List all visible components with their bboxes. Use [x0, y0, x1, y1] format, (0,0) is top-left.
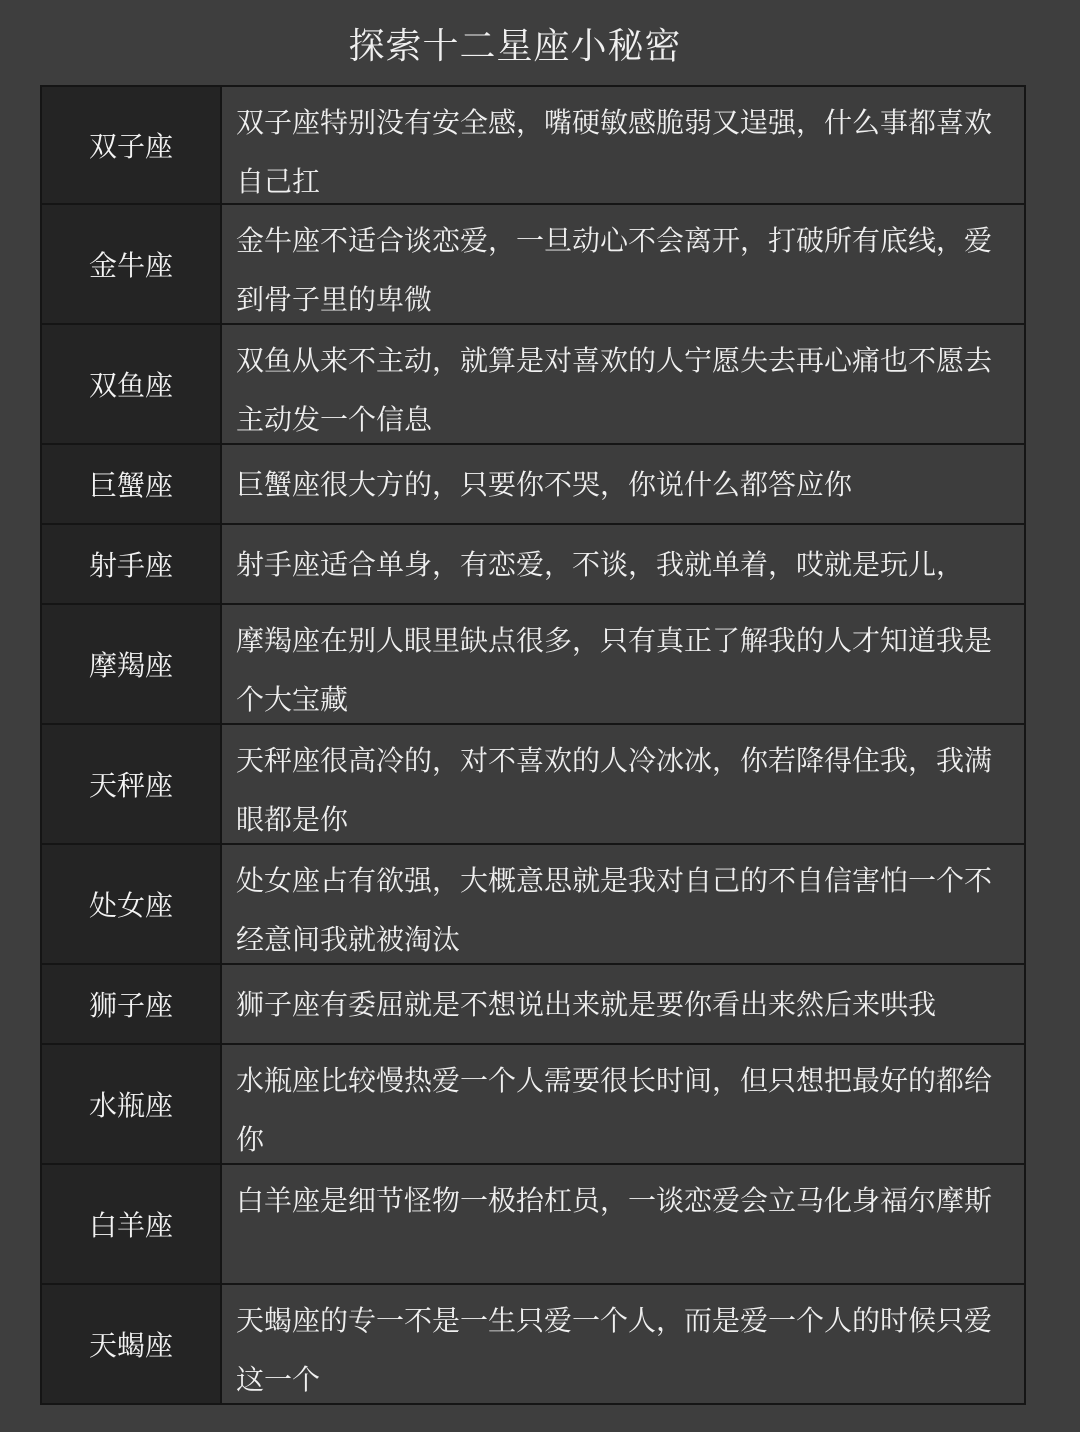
sign-name: 白羊座 — [42, 1165, 222, 1283]
sign-name: 双子座 — [42, 87, 222, 203]
sign-name: 摩羯座 — [42, 605, 222, 723]
table-row: 处女座处女座占有欲强，大概意思就是我对自己的不自信害怕一个不经意间我就被淘汰 — [42, 845, 1024, 965]
sign-description: 天蝎座的专一不是一生只爱一个人，而是爱一个人的时候只爱这一个 — [222, 1285, 1024, 1403]
page-title: 探索十二星座小秘密 — [0, 18, 1030, 69]
table-row: 射手座射手座适合单身，有恋爱，不谈，我就单着，哎就是玩儿， — [42, 525, 1024, 605]
sign-name: 金牛座 — [42, 205, 222, 323]
sign-description: 天秤座很高冷的，对不喜欢的人冷冰冰，你若降得住我，我满眼都是你 — [222, 725, 1024, 843]
table-row: 狮子座狮子座有委屈就是不想说出来就是要你看出来然后来哄我 — [42, 965, 1024, 1045]
sign-description: 双子座特别没有安全感，嘴硬敏感脆弱又逞强，什么事都喜欢自己扛 — [222, 87, 1024, 203]
table-row: 白羊座白羊座是细节怪物一极抬杠员，一谈恋爱会立马化身福尔摩斯 — [42, 1165, 1024, 1285]
sign-name: 天蝎座 — [42, 1285, 222, 1403]
sign-description: 射手座适合单身，有恋爱，不谈，我就单着，哎就是玩儿， — [222, 525, 1024, 603]
sign-description: 白羊座是细节怪物一极抬杠员，一谈恋爱会立马化身福尔摩斯 — [222, 1165, 1024, 1283]
sign-name: 处女座 — [42, 845, 222, 963]
sign-name: 双鱼座 — [42, 325, 222, 443]
zodiac-table: 双子座双子座特别没有安全感，嘴硬敏感脆弱又逞强，什么事都喜欢自己扛 金牛座金牛座… — [40, 85, 1026, 1405]
sign-description: 狮子座有委屈就是不想说出来就是要你看出来然后来哄我 — [222, 965, 1024, 1043]
table-row: 双子座双子座特别没有安全感，嘴硬敏感脆弱又逞强，什么事都喜欢自己扛 — [42, 87, 1024, 205]
table-row: 天蝎座天蝎座的专一不是一生只爱一个人，而是爱一个人的时候只爱这一个 — [42, 1285, 1024, 1403]
sign-description: 巨蟹座很大方的，只要你不哭，你说什么都答应你 — [222, 445, 1024, 523]
table-row: 巨蟹座巨蟹座很大方的，只要你不哭，你说什么都答应你 — [42, 445, 1024, 525]
sign-description: 摩羯座在别人眼里缺点很多，只有真正了解我的人才知道我是个大宝藏 — [222, 605, 1024, 723]
sign-description: 处女座占有欲强，大概意思就是我对自己的不自信害怕一个不经意间我就被淘汰 — [222, 845, 1024, 963]
table-row: 金牛座金牛座不适合谈恋爱，一旦动心不会离开，打破所有底线，爱到骨子里的卑微 — [42, 205, 1024, 325]
table-row: 双鱼座双鱼从来不主动，就算是对喜欢的人宁愿失去再心痛也不愿去主动发一个信息 — [42, 325, 1024, 445]
sign-name: 天秤座 — [42, 725, 222, 843]
sign-description: 水瓶座比较慢热爱一个人需要很长时间，但只想把最好的都给你 — [222, 1045, 1024, 1163]
sign-name: 狮子座 — [42, 965, 222, 1043]
table-row: 摩羯座摩羯座在别人眼里缺点很多，只有真正了解我的人才知道我是个大宝藏 — [42, 605, 1024, 725]
sign-name: 巨蟹座 — [42, 445, 222, 523]
sign-description: 金牛座不适合谈恋爱，一旦动心不会离开，打破所有底线，爱到骨子里的卑微 — [222, 205, 1024, 323]
sign-description: 双鱼从来不主动，就算是对喜欢的人宁愿失去再心痛也不愿去主动发一个信息 — [222, 325, 1024, 443]
table-row: 水瓶座水瓶座比较慢热爱一个人需要很长时间，但只想把最好的都给你 — [42, 1045, 1024, 1165]
sign-name: 射手座 — [42, 525, 222, 603]
table-row: 天秤座天秤座很高冷的，对不喜欢的人冷冰冰，你若降得住我，我满眼都是你 — [42, 725, 1024, 845]
sign-name: 水瓶座 — [42, 1045, 222, 1163]
